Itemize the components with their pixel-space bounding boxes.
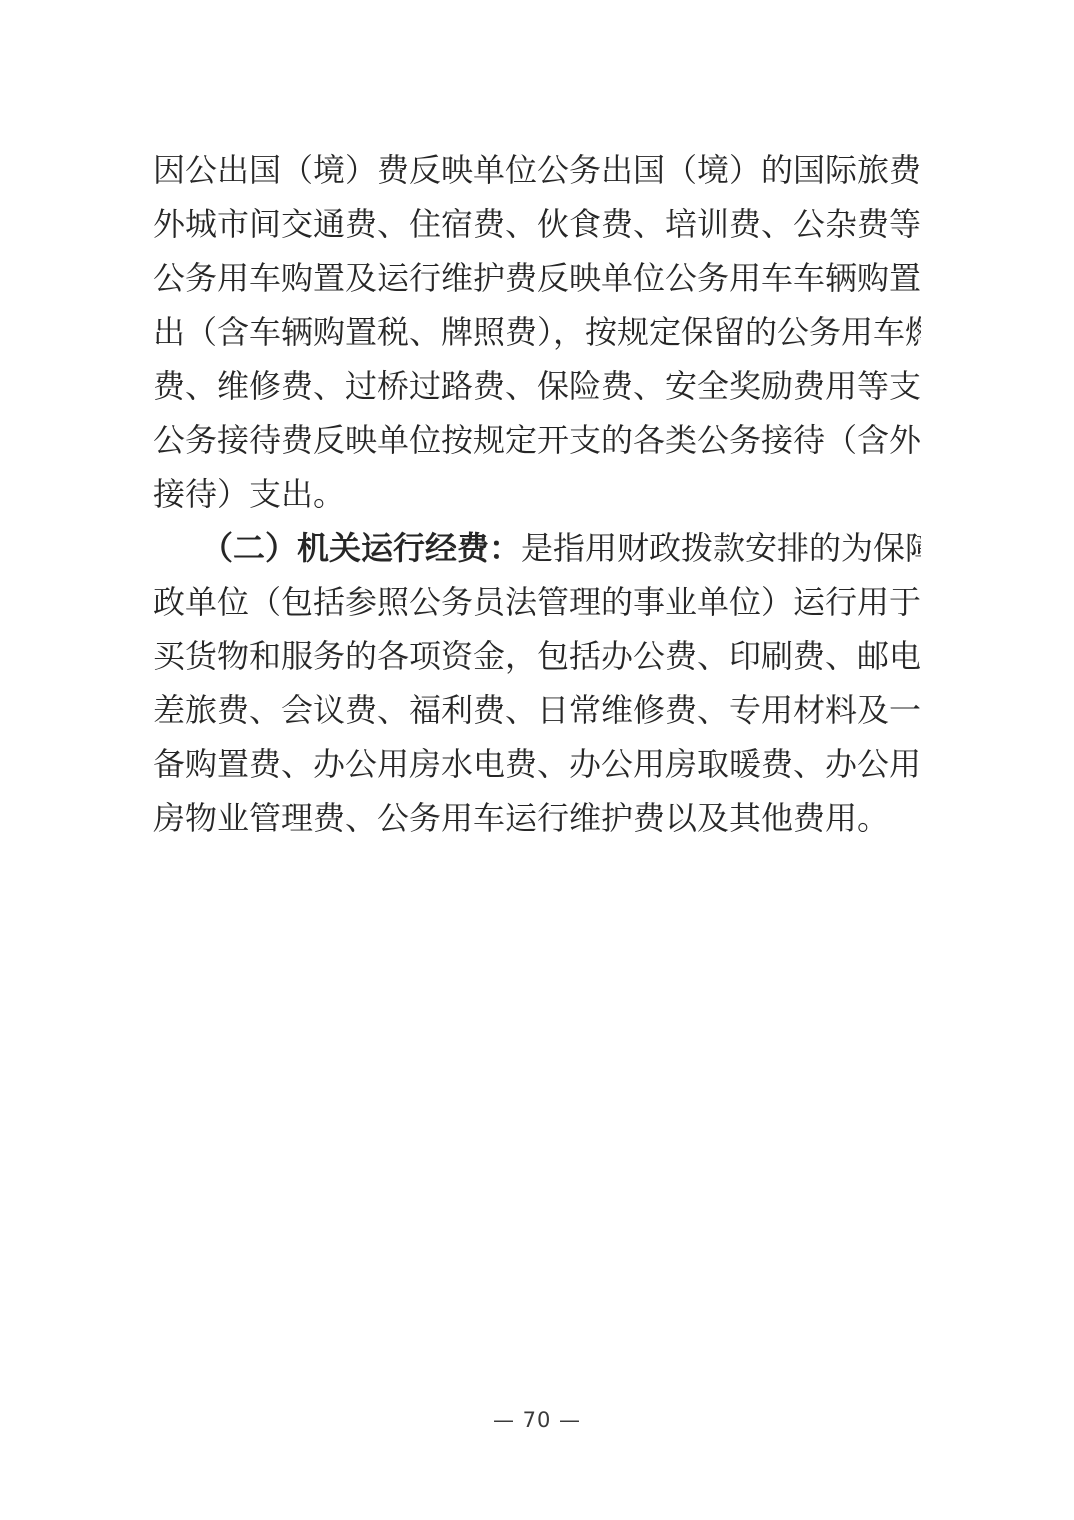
- text-line: 房物业管理费、公务用车运行维护费以及其他费用。: [153, 791, 921, 845]
- text-line: 差旅费、会议费、福利费、日常维修费、专用材料及一般设: [153, 683, 921, 737]
- paragraph-lead-line: （二）机关运行经费：是指用财政拨款安排的为保障行: [153, 521, 921, 575]
- document-page: 因公出国（境）费反映单位公务出国（境）的国际旅费、国 外城市间交通费、住宿费、伙…: [0, 0, 1074, 1520]
- text-content: 因公出国（境）费反映单位公务出国（境）的国际旅费、国 外城市间交通费、住宿费、伙…: [153, 143, 921, 845]
- text-line: 外城市间交通费、住宿费、伙食费、培训费、公杂费等支出；: [153, 197, 921, 251]
- text-line: 公务接待费反映单位按规定开支的各类公务接待（含外宾: [153, 413, 921, 467]
- paragraph-heading: （二）机关运行经费：: [201, 529, 521, 567]
- text-line: 备购置费、办公用房水电费、办公用房取暖费、办公用: [153, 737, 921, 791]
- page-number: — 70 —: [0, 1408, 1074, 1432]
- text-line: 因公出国（境）费反映单位公务出国（境）的国际旅费、国: [153, 143, 921, 197]
- text-line: 政单位（包括参照公务员法管理的事业单位）运行用于购: [153, 575, 921, 629]
- text-line: 公务用车购置及运行维护费反映单位公务用车车辆购置支: [153, 251, 921, 305]
- text-line-segment: 是指用财政拨款安排的为保障行: [521, 529, 921, 567]
- text-line: 费、维修费、过桥过路费、保险费、安全奖励费用等支出；: [153, 359, 921, 413]
- text-line: 出（含车辆购置税、牌照费），按规定保留的公务用车燃料: [153, 305, 921, 359]
- text-line: 买货物和服务的各项资金，包括办公费、印刷费、邮电费、: [153, 629, 921, 683]
- text-line: 接待）支出。: [153, 467, 921, 521]
